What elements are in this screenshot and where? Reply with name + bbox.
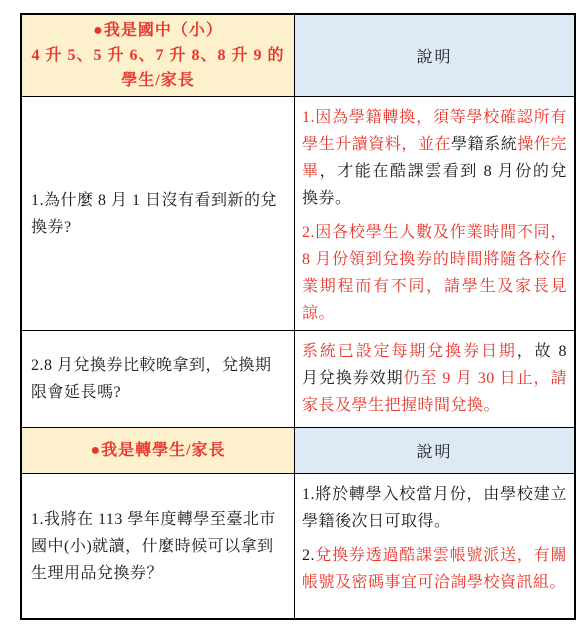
- faq-table: ●我是國中（小） 4 升 5、5 升 6、7 升 8、8 升 9 的 學生/家長…: [20, 13, 576, 620]
- answer-paragraph: 系統已設定每期兌換券日期，故 8 月兌換券效期仍至 9 月 30 日止，請家長及…: [302, 338, 567, 419]
- answer-cell: 1.因為學籍轉換，須等學校確認所有學生升讀資料，並在學籍系統操作完畢，才能在酷課…: [295, 97, 574, 331]
- answer-paragraph: 1.因為學籍轉換，須等學校確認所有學生升讀資料，並在學籍系統操作完畢，才能在酷課…: [302, 104, 567, 212]
- question-cell: 1.為什麼 8 月 1 日沒有看到新的兌換券?: [22, 97, 295, 331]
- category-header-transfer-student: ●我是轉學生/家長: [22, 428, 295, 474]
- category-header-middle-school: ●我是國中（小） 4 升 5、5 升 6、7 升 8、8 升 9 的 學生/家長: [22, 15, 295, 97]
- question-text: 1.為什麼 8 月 1 日沒有看到新的兌換券?: [31, 187, 285, 241]
- question-text: 1.我將在 113 學年度轉學至臺北市國中(小)就讀，什麼時候可以拿到生理用品兌…: [31, 506, 285, 587]
- answer-paragraph: 2.因各校學生人數及作業時間不同，8 月份領到兌換券的時間將隨各校作業期程而有不…: [302, 219, 567, 327]
- explain-header-label: 說明: [416, 439, 452, 462]
- answer-paragraph: 1.將於轉學入校當月份，由學校建立學籍後次日可取得。: [302, 481, 567, 535]
- category-line: ●我是國中（小）: [93, 18, 223, 43]
- category-line: 學生/家長: [121, 68, 194, 93]
- question-text: 2.8 月兌換券比較晚拿到，兌換期限會延長嗎?: [31, 352, 285, 406]
- explain-header: 說明: [295, 15, 574, 97]
- answer-cell: 系統已設定每期兌換券日期，故 8 月兌換券效期仍至 9 月 30 日止，請家長及…: [295, 331, 574, 428]
- faq-document-page: ●我是國中（小） 4 升 5、5 升 6、7 升 8、8 升 9 的 學生/家長…: [0, 0, 588, 634]
- question-cell: 1.我將在 113 學年度轉學至臺北市國中(小)就讀，什麼時候可以拿到生理用品兌…: [22, 474, 295, 618]
- answer-paragraph: 2.兌換券透過酷課雲帳號派送，有關帳號及密碼事宜可洽詢學校資訊組。: [302, 542, 567, 596]
- explain-header: 說明: [295, 428, 574, 474]
- category-line: 4 升 5、5 升 6、7 升 8、8 升 9 的: [31, 43, 284, 68]
- category-line: ●我是轉學生/家長: [90, 438, 225, 463]
- question-cell: 2.8 月兌換券比較晚拿到，兌換期限會延長嗎?: [22, 331, 295, 428]
- explain-header-label: 說明: [416, 44, 452, 67]
- answer-cell: 1.將於轉學入校當月份，由學校建立學籍後次日可取得。 2.兌換券透過酷課雲帳號派…: [295, 474, 574, 618]
